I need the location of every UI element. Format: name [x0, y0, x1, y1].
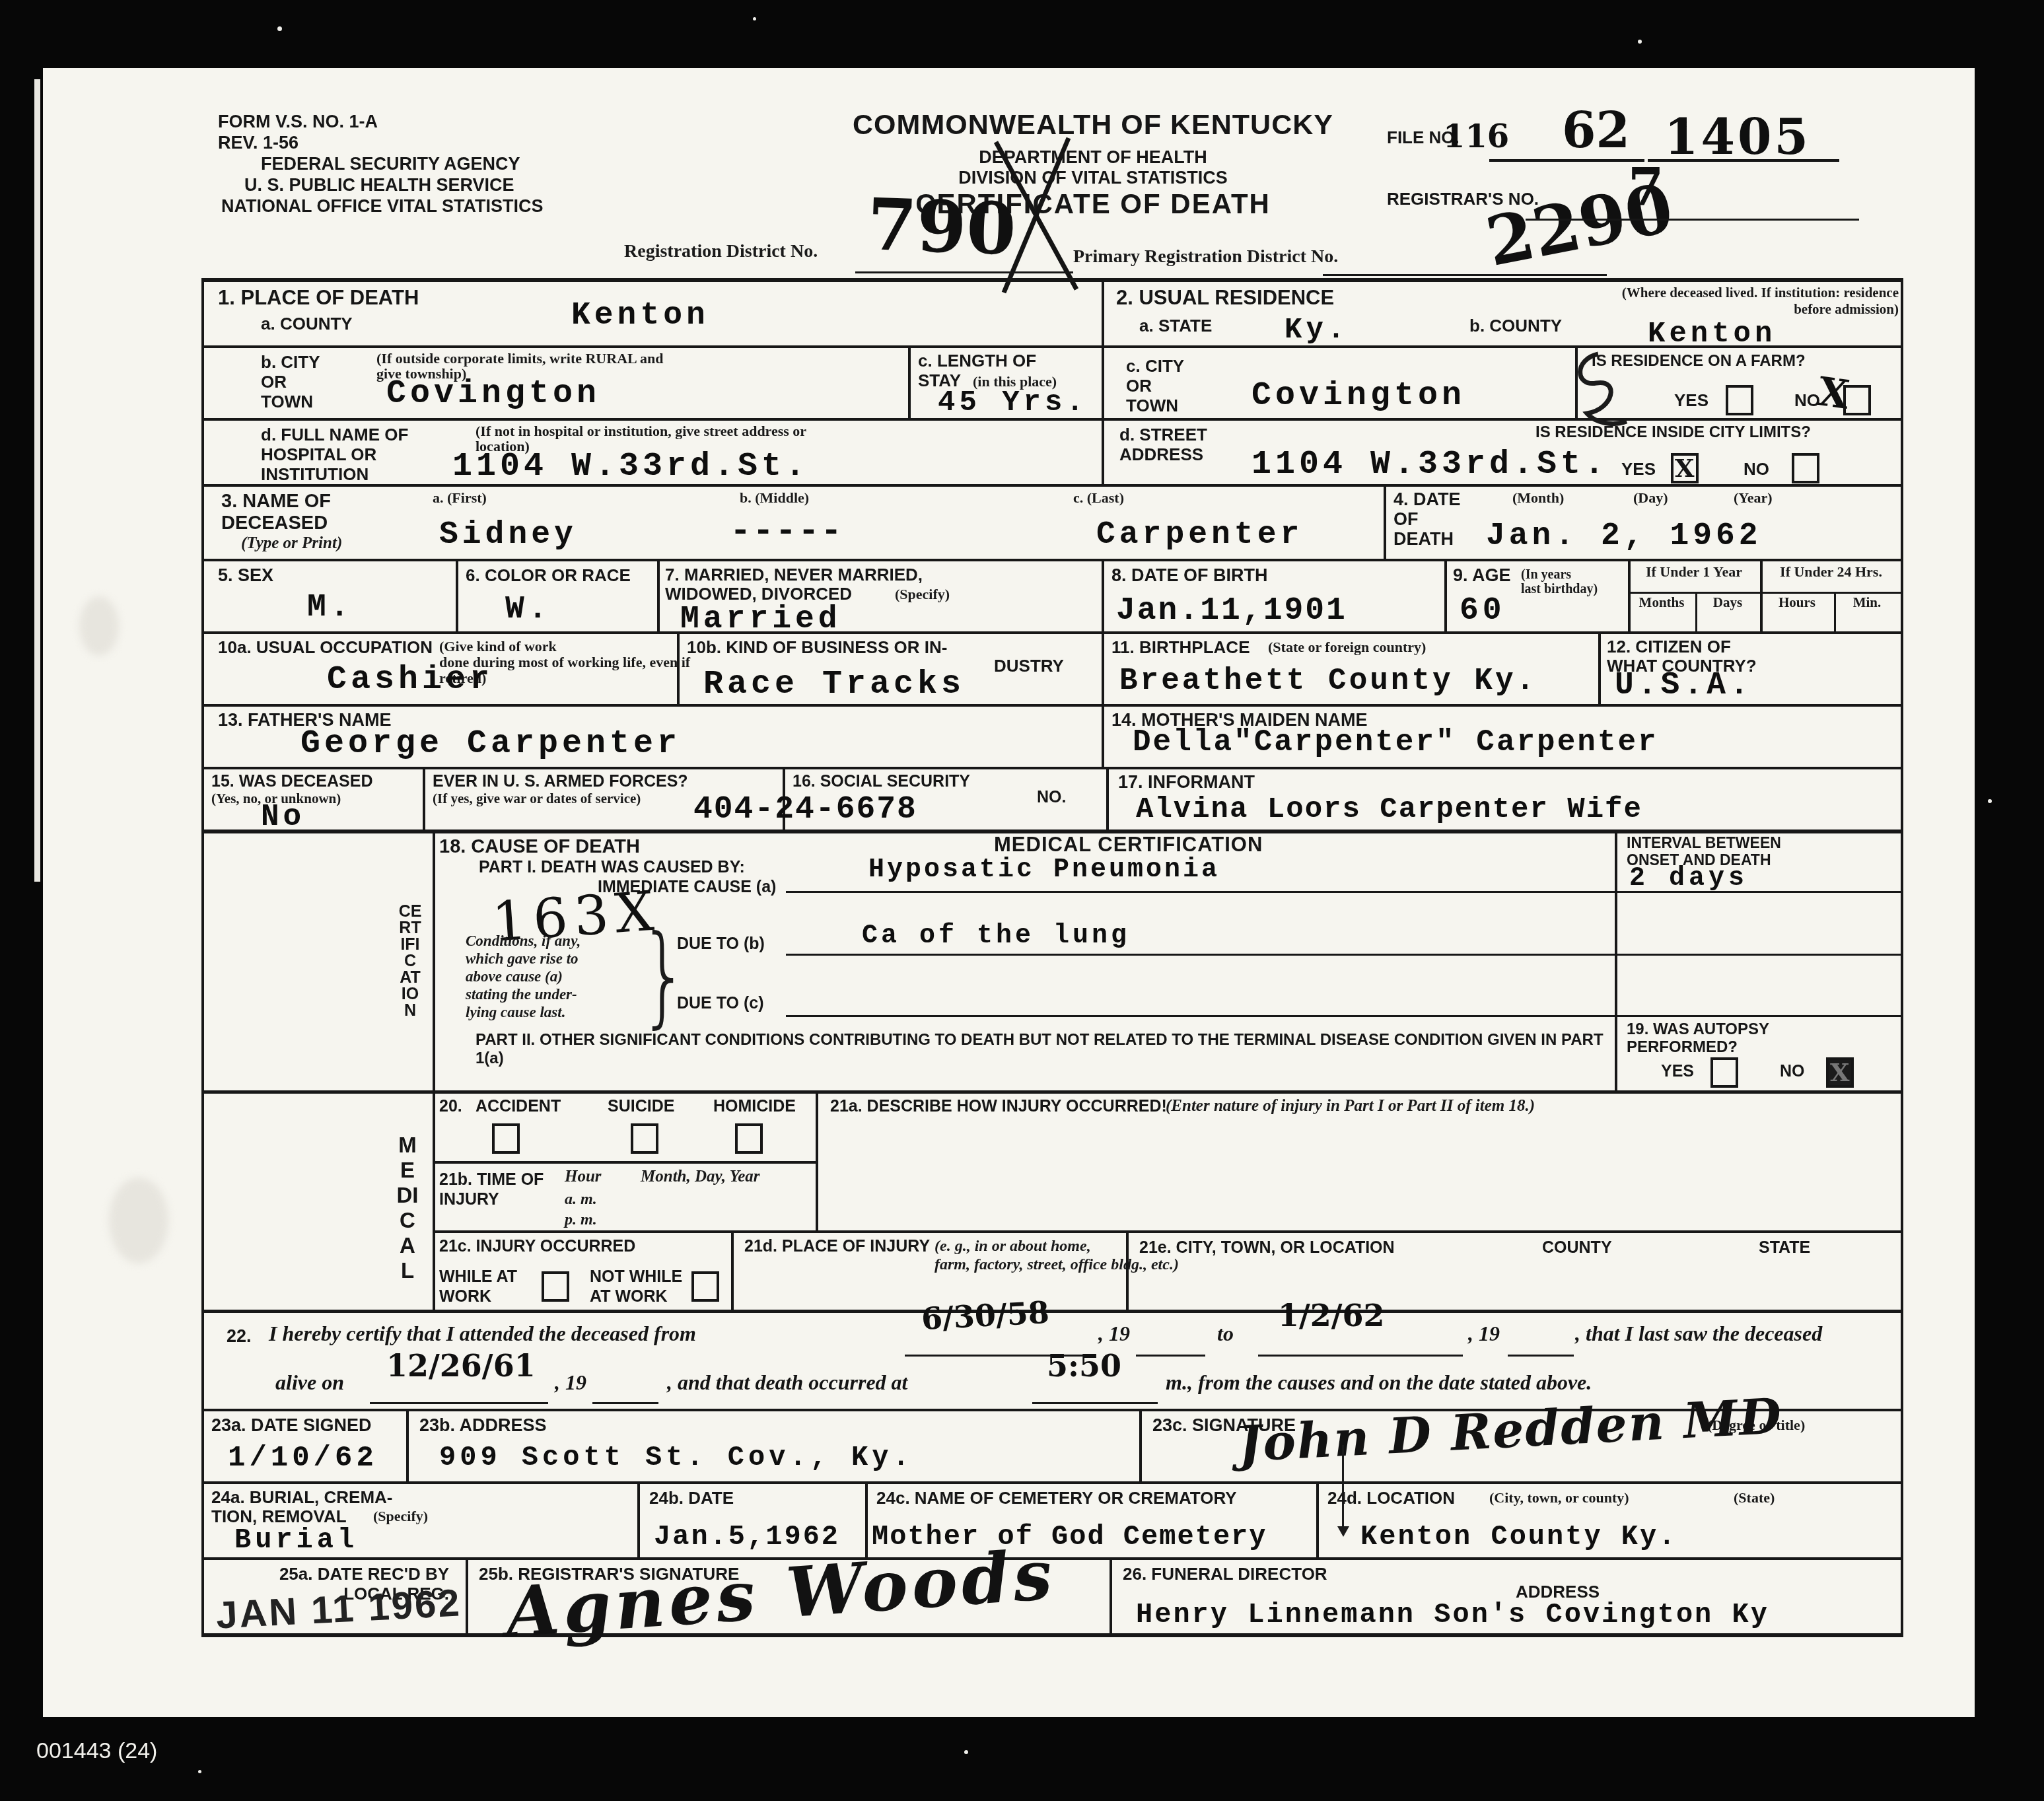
field-3c-label: c. (Last) [1073, 489, 1124, 507]
rule [1901, 279, 1903, 1633]
suicide-checkbox [631, 1123, 658, 1154]
under-24-hrs-header: If Under 24 Hrs. [1760, 563, 1902, 581]
part2-label: PART II. OTHER SIGNIFICANT CONDITIONS CO… [476, 1031, 1611, 1068]
rule [201, 1090, 1903, 1094]
hours-header: Hours [1760, 594, 1834, 611]
scan-speck [277, 26, 282, 31]
rule [423, 767, 425, 830]
field-6-label: 6. COLOR OR RACE [466, 565, 631, 586]
while-at-work-label: WHILE AT WORK [439, 1267, 517, 1306]
farm-question: IS RESIDENCE ON A FARM? [1592, 352, 1806, 371]
medical-certification-side-label-top: CERTIFICATION [398, 903, 422, 1019]
rule [433, 1161, 816, 1164]
certify-text-4: m., from the causes and on the date stat… [1166, 1370, 1592, 1395]
certify-to: to [1217, 1322, 1234, 1346]
rule [816, 1090, 818, 1230]
field-24d-label: 24d. LOCATION [1327, 1488, 1455, 1508]
limits-yes-x-mark: X [1675, 453, 1694, 483]
scan-smudge [109, 1178, 168, 1263]
scan-speck [753, 17, 756, 20]
rule [201, 278, 1903, 282]
rule [1258, 1355, 1463, 1357]
field-23b-label: 23b. ADDRESS [419, 1415, 547, 1436]
field-2b-label: b. COUNTY [1469, 316, 1562, 336]
field-20-label: 20. [439, 1097, 462, 1116]
field-13-value: George Carpenter [300, 725, 681, 763]
limits-yes-label: YES [1621, 459, 1656, 479]
certify-text-3: , and that death occurred at [667, 1370, 907, 1395]
office-line: NATIONAL OFFICE VITAL STATISTICS [221, 196, 544, 217]
rule [1628, 592, 1902, 594]
field-15-value: No [261, 800, 305, 834]
field-21c-label: 21c. INJURY OCCURRED [439, 1237, 635, 1256]
homicide-checkbox [735, 1123, 763, 1154]
registrar-no-handwritten: 2290 [1480, 168, 1679, 282]
months-header: Months [1628, 594, 1695, 611]
field-5-label: 5. SEX [218, 565, 273, 586]
field-1b-label: b. CITY OR TOWN [261, 352, 320, 411]
rule [1139, 1409, 1142, 1481]
file-no-printed: 116 [1443, 118, 1509, 155]
scan-speck [964, 1750, 968, 1754]
field-19-label: 19. WAS AUTOPSY PERFORMED? [1627, 1020, 1769, 1056]
field-3-label: 3. NAME OF DECEASED [221, 491, 331, 534]
agency-line: FEDERAL SECURITY AGENCY [261, 154, 520, 174]
rule [1102, 559, 1104, 631]
cause-b-value: Ca of the lung [862, 921, 1130, 951]
rule [908, 345, 911, 418]
certify-19-b: , 19 [1468, 1322, 1500, 1346]
not-while-at-work-checkbox [691, 1271, 719, 1302]
conditions-brace: } [639, 913, 689, 1039]
rule [1136, 1355, 1205, 1357]
field-24a-label: 24a. BURIAL, CREMA- TION, REMOVAL [211, 1488, 392, 1526]
rule [456, 559, 458, 631]
part1-label: PART I. DEATH WAS CAUSED BY: [479, 858, 745, 877]
primary-district-label: Primary Registration District No. [1073, 246, 1338, 267]
attended-from-date: 6/30/58 [921, 1294, 1050, 1337]
field-21d-label: 21d. PLACE OF INJURY [744, 1237, 930, 1256]
commonwealth-title: COMMONWEALTH OF KENTUCKY [802, 109, 1384, 141]
rule [637, 1481, 640, 1557]
field-2a-label: a. STATE [1139, 316, 1212, 336]
field-18-label: 18. CAUSE OF DEATH [439, 836, 640, 858]
rule [786, 954, 1903, 956]
field-24c-label: 24c. NAME OF CEMETERY OR CREMATORY [876, 1488, 1237, 1508]
field-2b-value: Kenton [1648, 318, 1776, 351]
certify-text-2: , that I last saw the deceased [1575, 1322, 1822, 1346]
rule [201, 279, 204, 1633]
farm-no-checkbox [1843, 385, 1871, 415]
certify-19-a: , 19 [1098, 1322, 1130, 1346]
autopsy-no-x-mark: X [1830, 1057, 1849, 1087]
county-header: COUNTY [1542, 1238, 1612, 1257]
field-11-hint: (State or foreign country) [1268, 639, 1426, 656]
rule [466, 1557, 468, 1633]
field-3-type-hint: (Type or Print) [241, 534, 342, 553]
under-1-year-header: If Under 1 Year [1628, 563, 1760, 581]
medical-certification-side-label-bottom: MEDICAL [396, 1133, 419, 1283]
rule [1489, 159, 1644, 162]
accident-checkbox [492, 1123, 520, 1154]
field-1d-label: d. FULL NAME OF HOSPITAL OR INSTITUTION [261, 425, 408, 484]
field-7-label: 7. MARRIED, NEVER MARRIED, WIDOWED, DIVO… [665, 565, 923, 604]
field-4-month-header: (Month) [1512, 489, 1564, 507]
field-10b-value: Race Tracks [703, 666, 965, 703]
cause-a-value: Hyposatic Pneumonia [868, 855, 1220, 885]
rule [201, 767, 1903, 769]
field-9-label: 9. AGE [1453, 565, 1511, 586]
field-1a-label: a. COUNTY [261, 314, 353, 334]
rule [1648, 159, 1839, 162]
field-2-label: 2. USUAL RESIDENCE [1116, 286, 1334, 310]
scan-speck [1638, 40, 1642, 44]
rule [1316, 1481, 1319, 1557]
attended-to-date: 1/2/62 [1278, 1298, 1385, 1333]
not-while-at-work-label: NOT WHILE AT WORK [590, 1267, 682, 1306]
autopsy-yes-checkbox [1710, 1057, 1738, 1088]
field-17-label: 17. INFORMANT [1118, 772, 1255, 793]
field-24b-value: Jan.5,1962 [654, 1521, 840, 1553]
rule [433, 1230, 1903, 1233]
field-5-value: M. [307, 590, 353, 625]
field-10b-label: 10b. KIND OF BUSINESS OR IN- [687, 637, 947, 658]
file-no-stamp-1405: 1405 [1664, 109, 1811, 166]
rule [201, 704, 1903, 707]
field-26-value: Henry Linnemann Son's Covington Ky [1136, 1599, 1769, 1631]
field-4-year-header: (Year) [1734, 489, 1773, 507]
hour-label: Hour [565, 1168, 602, 1186]
min-header: Min. [1834, 594, 1900, 611]
field-2d-value: 1104 W.33rd.St. [1251, 446, 1608, 483]
field-1b-value: Covington [386, 375, 600, 413]
pm-label: p. m. [565, 1211, 597, 1229]
form-revision: REV. 1-56 [218, 133, 299, 153]
field-21e-label: 21e. CITY, TOWN, OR LOCATION [1139, 1238, 1395, 1257]
am-label: a. m. [565, 1191, 597, 1209]
rule [370, 1402, 548, 1404]
certify-alive-on: alive on [275, 1370, 344, 1395]
field-2a-value: Ky. [1285, 314, 1349, 347]
field-6-value: W. [505, 592, 551, 627]
last-seen-date: 12/26/61 [386, 1348, 536, 1384]
rule [1508, 1355, 1574, 1357]
rule [1102, 279, 1104, 484]
field-7-value: Married [680, 602, 841, 637]
rule [1032, 1402, 1158, 1404]
rule [1598, 631, 1601, 704]
field-21a-label: 21a. DESCRIBE HOW INJURY OCCURRED! [830, 1097, 1167, 1116]
city-limits-question: IS RESIDENCE INSIDE CITY LIMITS? [1535, 423, 1811, 442]
rule [657, 559, 660, 631]
rule [201, 1481, 1903, 1484]
days-header: Days [1695, 594, 1760, 611]
field-7-hint: (Specify) [895, 586, 950, 603]
field-23a-label: 23a. DATE SIGNED [211, 1415, 372, 1436]
field-21a-hint: (Enter nature of injury in Part I or Par… [1166, 1097, 1535, 1115]
rule [1110, 1557, 1112, 1633]
scan-smudge [79, 596, 119, 656]
rule [786, 1015, 1903, 1017]
field-10a-value: Cashier [327, 661, 493, 699]
department-title: DEPARTMENT OF HEALTH [802, 147, 1384, 168]
rule [731, 1230, 734, 1310]
scan-speck [1988, 799, 1992, 803]
rule [201, 1310, 1903, 1313]
certificate-sheet: FORM V.S. NO. 1-A REV. 1-56 FEDERAL SECU… [43, 68, 1975, 1717]
rule [1102, 631, 1104, 704]
due-to-c-label: DUE TO (c) [677, 994, 764, 1013]
field-9-value: 60 [1460, 593, 1506, 629]
field-14-value: Della"Carpenter" Carpenter [1133, 725, 1658, 759]
registration-district-label: Registration District No. [624, 241, 818, 262]
field-21b-label: 21b. TIME OF INJURY [439, 1170, 544, 1209]
scan-corner-id: 001443 (24) [36, 1738, 157, 1764]
field-15-label: 15. WAS DECEASED [211, 772, 373, 791]
field-23a-value: 1/10/62 [228, 1442, 378, 1475]
service-line: U. S. PUBLIC HEALTH SERVICE [244, 175, 514, 195]
scan-edge-strip [34, 79, 40, 882]
field-2c-label: c. CITY OR TOWN [1126, 356, 1184, 415]
field-3c-value: Carpenter [1096, 517, 1303, 553]
rule [406, 1409, 409, 1481]
limits-yes-checkbox: X [1671, 453, 1699, 483]
field-9-hint: (In years last birthday) [1521, 567, 1598, 596]
form-number: FORM V.S. NO. 1-A [218, 112, 378, 132]
autopsy-no-checkbox: X [1826, 1057, 1854, 1088]
rule [433, 830, 435, 1310]
field-2c-value: Covington [1251, 377, 1465, 415]
field-4-day-header: (Day) [1633, 489, 1668, 507]
rule [1384, 484, 1386, 559]
state-header: STATE [1759, 1238, 1810, 1257]
scanned-death-certificate: 001443 (24) FORM V.S. NO. 1-A REV. 1-56 … [0, 0, 2044, 1801]
file-no-stamp-62: 62 [1562, 102, 1630, 159]
autopsy-yes-label: YES [1661, 1062, 1694, 1081]
rule [1323, 274, 1607, 276]
field-4-value: Jan. 2, 1962 [1486, 518, 1762, 554]
rule [201, 1633, 1903, 1637]
field-16-value: 404-24-6678 [693, 792, 917, 828]
field-12-value: U.S.A. [1615, 668, 1753, 703]
field-24b-label: 24b. DATE [649, 1488, 734, 1508]
field-17-value: Alvina Loors Carpenter Wife [1136, 793, 1642, 826]
farm-yes-label: YES [1674, 390, 1709, 411]
field-3b-value: ----- [730, 512, 843, 552]
field-24d-hint: (City, town, or county) [1489, 1489, 1629, 1506]
homicide-label: HOMICIDE [713, 1097, 796, 1116]
physician-signature: John D Redden MD [1237, 1388, 1784, 1473]
field-24d-value: Kenton County Ky. [1360, 1521, 1677, 1553]
field-11-label: 11. BIRTHPLACE [1111, 637, 1250, 658]
accident-label: ACCIDENT [476, 1097, 561, 1116]
field-24a-value: Burial [234, 1524, 358, 1556]
field-1-label: 1. PLACE OF DEATH [218, 286, 419, 310]
rule [1526, 219, 1859, 221]
field-8-label: 8. DATE OF BIRTH [1111, 565, 1268, 586]
rule [855, 271, 1073, 273]
month-day-year-label: Month, Day, Year [641, 1168, 760, 1186]
field-10a-label: 10a. USUAL OCCUPATION [218, 637, 433, 658]
rule [1106, 767, 1109, 830]
handwritten-arrow-head [1337, 1526, 1349, 1537]
interval-value: 2 days [1629, 864, 1748, 894]
certify-19-c: , 19 [555, 1370, 586, 1395]
due-to-b-label: DUE TO (b) [677, 935, 765, 954]
rule [201, 631, 1903, 634]
scan-speck [198, 1770, 201, 1773]
field-24a-hint: (Specify) [373, 1508, 428, 1525]
field-1c-value: 45 Yrs. [938, 386, 1088, 419]
autopsy-no-label: NO [1780, 1062, 1805, 1081]
field-16-label: 16. SOCIAL SECURITY [793, 772, 970, 791]
field-2d-label: d. STREET ADDRESS [1119, 425, 1207, 464]
field-22-number: 22. [227, 1326, 252, 1347]
field-4-label: 4. DATE OF DEATH [1393, 489, 1461, 549]
field-3a-value: Sidney [439, 517, 577, 553]
rule [592, 1402, 658, 1404]
armed-forces-hint: (If yes, give war or dates of service) [433, 791, 641, 807]
rule [1102, 704, 1104, 767]
conditions-note: Conditions, if any, which gave rise to a… [466, 932, 581, 1021]
farm-yes-checkbox [1726, 385, 1753, 415]
rule [1615, 830, 1617, 1090]
limits-no-label: NO [1744, 459, 1769, 479]
field-16-label2: NO. [1037, 788, 1066, 807]
rule [1444, 559, 1447, 631]
field-23b-value: 909 Scott St. Cov., Ky. [439, 1442, 913, 1473]
field-1d-value: 1104 W.33rd.St. [452, 448, 809, 485]
field-3b-label: b. (Middle) [740, 489, 809, 507]
while-at-work-checkbox [542, 1271, 569, 1302]
medical-certification-heading: MEDICAL CERTIFICATION [994, 833, 1263, 857]
field-1a-value: Kenton [571, 298, 709, 334]
certify-text-1: I hereby certify that I attended the dec… [269, 1322, 696, 1346]
handwritten-arrow-line [1342, 1445, 1344, 1528]
field-11-value: Breathett County Ky. [1119, 664, 1537, 698]
field-2-hint: (Where deceased lived. If institution: r… [1456, 285, 1899, 318]
armed-forces-label: EVER IN U. S. ARMED FORCES? [433, 772, 688, 791]
death-time: 5:50 [1047, 1348, 1121, 1384]
field-26-label: 26. FUNERAL DIRECTOR [1123, 1564, 1327, 1584]
field-24d-hint2: (State) [1734, 1489, 1775, 1506]
limits-no-checkbox [1792, 453, 1819, 483]
field-10b-label2: DUSTRY [994, 656, 1064, 676]
field-3a-label: a. (First) [433, 489, 487, 507]
suicide-label: SUICIDE [608, 1097, 674, 1116]
field-8-value: Jan.11,1901 [1116, 593, 1347, 629]
